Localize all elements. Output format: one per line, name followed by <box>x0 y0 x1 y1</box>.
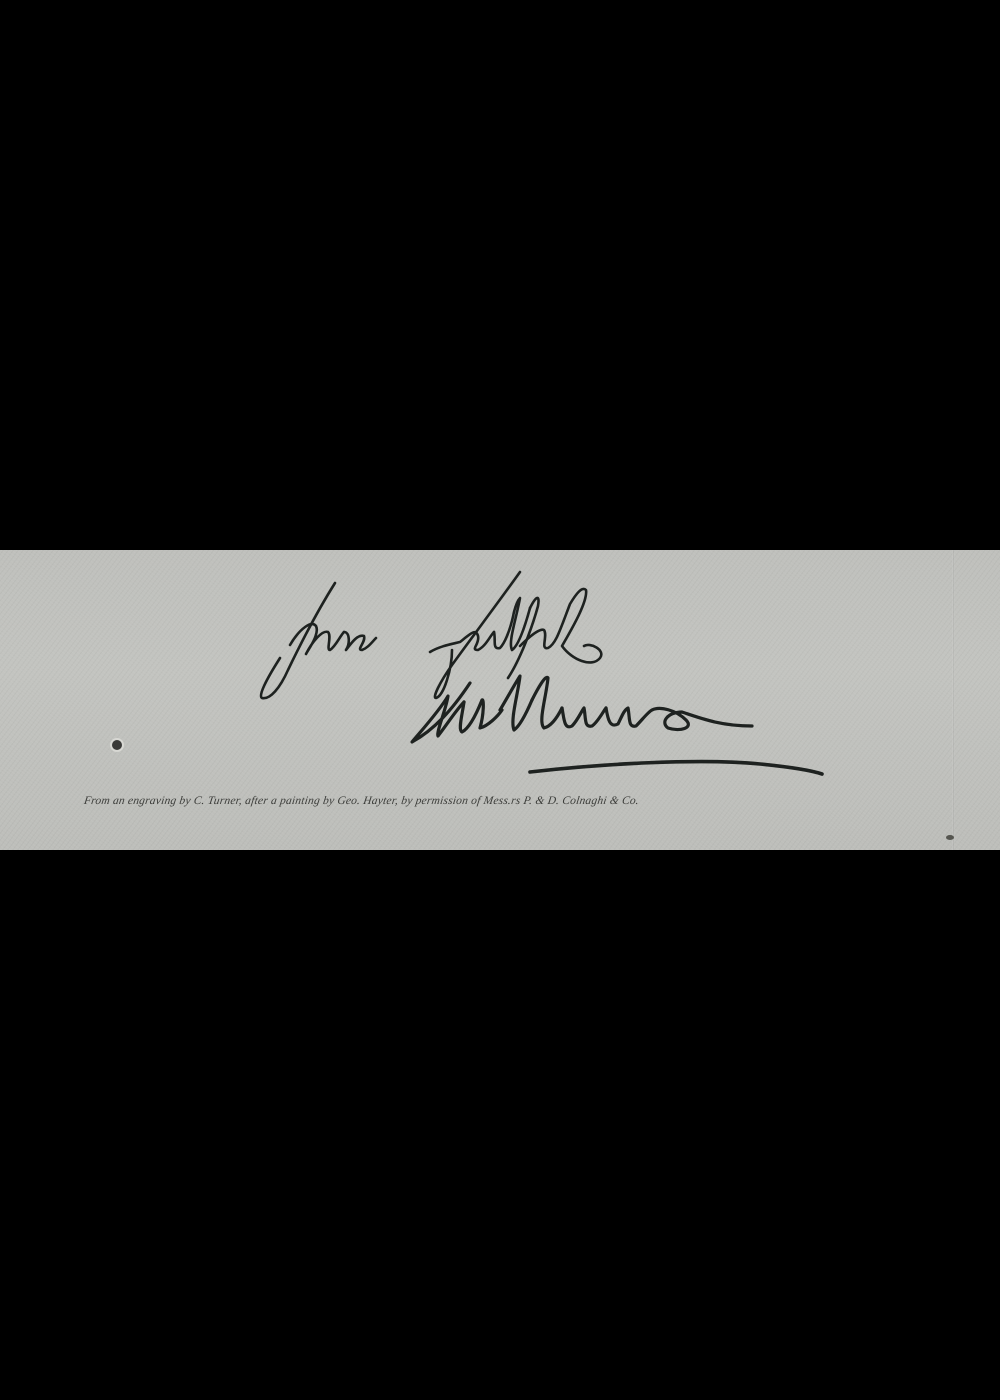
autograph-paper-strip: Yours faithfully Melbourne <box>0 550 1000 850</box>
signature-word-melbourne <box>412 676 822 774</box>
signature-word-yours <box>261 583 376 698</box>
signature-word-faithfully <box>430 572 601 698</box>
black-backdrop-top <box>0 0 1000 550</box>
engraving-credit-line: From an engraving by C. Turner, after a … <box>83 795 925 807</box>
black-backdrop-bottom <box>0 850 1000 1400</box>
